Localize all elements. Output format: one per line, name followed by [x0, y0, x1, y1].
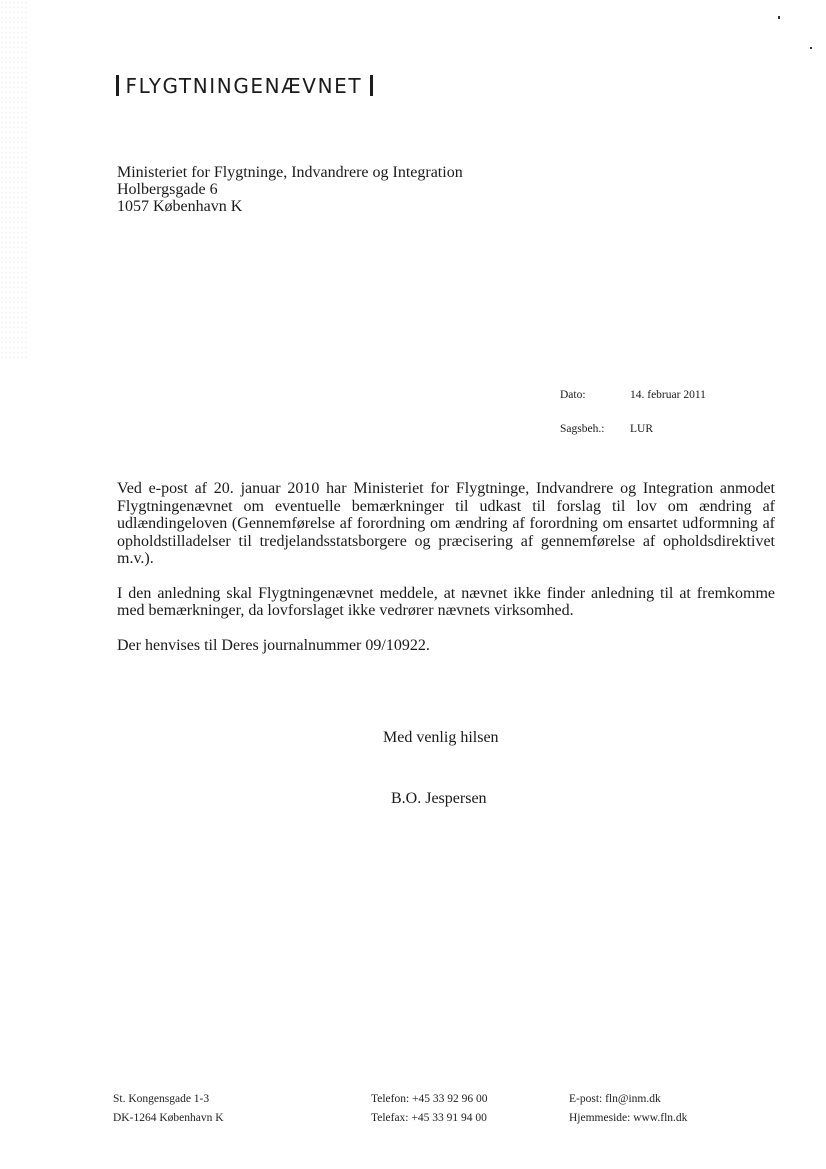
- scan-speck: [810, 47, 812, 49]
- date-value: 14. februar 2011: [630, 389, 706, 423]
- letter-body: Ved e-post af 20. januar 2010 har Minist…: [117, 480, 775, 671]
- recipient-name: Ministeriet for Flygtninge, Indvandrere …: [117, 164, 463, 181]
- logo-bar-left: [116, 75, 119, 96]
- footer-telephone: Telefon: +45 33 92 96 00: [371, 1090, 488, 1109]
- footer-address-line: DK-1264 København K: [113, 1109, 224, 1128]
- footer-telefax: Telefax: +45 33 91 94 00: [371, 1109, 488, 1128]
- organization-name: FLYGTNINGENÆVNET: [126, 74, 363, 98]
- body-paragraph: Ved e-post af 20. januar 2010 har Minist…: [117, 480, 775, 568]
- case-handler-label: Sagsbeh.:: [560, 423, 630, 457]
- letterhead-logo: FLYGTNINGENÆVNET: [116, 74, 373, 98]
- recipient-address: Ministeriet for Flygtninge, Indvandrere …: [117, 164, 463, 215]
- scan-speck: [778, 16, 780, 19]
- footer-contact: E-post: fln@inm.dk Hjemmeside: www.fln.d…: [569, 1090, 687, 1128]
- case-handler-row: Sagsbeh.: LUR: [560, 423, 706, 457]
- body-paragraph: Der henvises til Deres journalnummer 09/…: [117, 637, 775, 655]
- case-handler-value: LUR: [630, 423, 653, 457]
- footer-email: E-post: fln@inm.dk: [569, 1090, 687, 1109]
- footer-address: St. Kongensgade 1-3 DK-1264 København K: [113, 1090, 224, 1128]
- closing-greeting: Med venlig hilsen: [383, 729, 499, 747]
- letter-meta: Dato: 14. februar 2011 Sagsbeh.: LUR: [560, 389, 706, 457]
- footer-address-line: St. Kongensgade 1-3: [113, 1090, 224, 1109]
- recipient-city: 1057 København K: [117, 198, 463, 215]
- body-paragraph: I den anledning skal Flygtningenævnet me…: [117, 585, 775, 620]
- recipient-street: Holbergsgade 6: [117, 181, 463, 198]
- date-label: Dato:: [560, 389, 630, 423]
- scan-noise: [0, 0, 28, 360]
- footer-phone: Telefon: +45 33 92 96 00 Telefax: +45 33…: [371, 1090, 488, 1128]
- date-row: Dato: 14. februar 2011: [560, 389, 706, 423]
- footer-website: Hjemmeside: www.fln.dk: [569, 1109, 687, 1128]
- signatory-name: B.O. Jespersen: [391, 790, 487, 808]
- logo-bar-right: [370, 75, 373, 96]
